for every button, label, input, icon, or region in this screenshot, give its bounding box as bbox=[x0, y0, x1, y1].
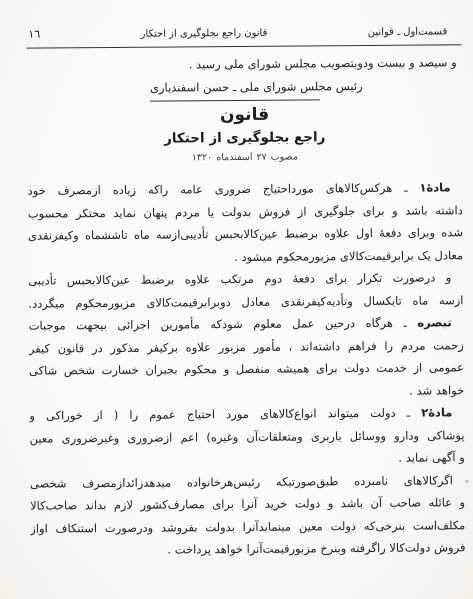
body-line-text: ـ هرگاه درحین عمل معلوم شودکه مأمورین اج… bbox=[29, 316, 418, 333]
law-body: مادۀ١ ـ هرکس‌کالاهای مورداحتیاج ضروری عا… bbox=[28, 176, 466, 562]
body-line: تبصره ـ هرگاه درحین عمل معلوم شودکه مأمو… bbox=[29, 311, 464, 337]
header-running-title: قانون راجع بجلوگیری از احتکار bbox=[141, 28, 268, 40]
body-line-text: اگرکالاهای نامبرده طبق‌صورتیکه رئیس‌هرخا… bbox=[30, 473, 453, 490]
body-line-text: پوشاکی ودارو ووسائل باربری ومتعلقات‌آن و… bbox=[29, 428, 464, 445]
body-line: فروش دولت‌کالا راگرفته وبنرخ مزبورقیمت‌آ… bbox=[30, 536, 465, 562]
signature-line: رئیس مجلس شورای ملی ـ حسن اسفندیاری bbox=[39, 77, 473, 96]
body-line-text: شده وبرای دفعۀ اول علاوه برضبط عین‌کالاب… bbox=[28, 225, 463, 242]
body-line-text: و آگهی نماید . bbox=[398, 450, 464, 465]
body-line: عمومی از خدمت دولت برای همیشه منفصل و مح… bbox=[29, 356, 464, 382]
body-line-text: ـ هرکس‌کالاهای مورداحتیاج ضروری عامه راک… bbox=[28, 181, 420, 198]
approval-date: مصوب ٢٧ اسفندماه ١٣٢٠ bbox=[27, 149, 462, 165]
law-title: قانون bbox=[27, 103, 462, 127]
header-section-label: قسمت‌اول ـ قوانین bbox=[368, 26, 448, 38]
body-line: و درصورت تکرار برای دفعۀ دوم مرتکب علاوه… bbox=[28, 266, 463, 292]
body-line-text: معادل یک برابرقیمت‌کالای مزبورمحکوم میشو… bbox=[234, 248, 463, 264]
page-content: قسمت‌اول ـ قوانین قانون راجع بجلوگیری از… bbox=[0, 0, 473, 599]
body-line-text: مکلف‌است بنرخی‌که دولت معین مینمایدآنرا … bbox=[30, 518, 465, 535]
body-line-text: و درصورت تکرار برای دفعۀ دوم مرتکب علاوه… bbox=[28, 270, 451, 287]
body-line: و عائله صاحب آن باشد و دولت خرید آنرا بر… bbox=[30, 491, 465, 517]
page-number: ١٦ bbox=[28, 28, 40, 41]
body-line-text: عمومی از خدمت دولت برای همیشه منفصل و مح… bbox=[29, 360, 464, 377]
body-line: مادۀ١ ـ هرکس‌کالاهای مورداحتیاج ضروری عا… bbox=[28, 176, 463, 202]
separator-rule bbox=[149, 99, 319, 101]
body-line-text: خواهد شد . bbox=[409, 383, 464, 397]
body-line-text: فروش دولت‌کالا راگرفته وبنرخ مزبورقیمت‌آ… bbox=[167, 540, 465, 556]
article-1-label: مادۀ١ bbox=[419, 180, 450, 194]
body-line: و آگهی نماید . bbox=[30, 446, 465, 472]
body-line: شده وبرای دفعۀ اول علاوه برضبط عین‌کالاب… bbox=[28, 221, 463, 247]
note-label: تبصره bbox=[417, 315, 451, 329]
law-subtitle: راجع بجلوگیری از احتکار bbox=[27, 128, 462, 148]
body-line: مادۀ٢ ـ دولت میتواند انواع‌کالاهای مورد … bbox=[29, 401, 464, 427]
preamble-text: و سیصد و بیست ودوبتصویب مجلس شورای ملی ر… bbox=[27, 54, 462, 73]
scanned-document-page: قسمت‌اول ـ قوانین قانون راجع بجلوگیری از… bbox=[0, 0, 473, 599]
article-2-label: مادۀ٢ bbox=[421, 405, 452, 419]
page-header: قسمت‌اول ـ قوانین قانون راجع بجلوگیری از… bbox=[26, 24, 461, 48]
body-line-text: ـ دولت میتواند انواع‌کالاهای مورد احتیاج… bbox=[29, 406, 421, 423]
body-line-text: داشته باشد و برای جلوگیری از فروش بدولت … bbox=[28, 203, 463, 220]
body-line-text: زحمت مردم را فراهم داشته‌اند ، مأمور مزب… bbox=[29, 338, 464, 355]
body-line-text: و عائله صاحب آن باشد و دولت خرید آنرا بر… bbox=[30, 495, 465, 512]
body-line-text: ازسه ماه تایکسال وتأدیه‌کیفرنقدی معادل د… bbox=[28, 293, 463, 310]
scan-speckle bbox=[465, 480, 469, 483]
